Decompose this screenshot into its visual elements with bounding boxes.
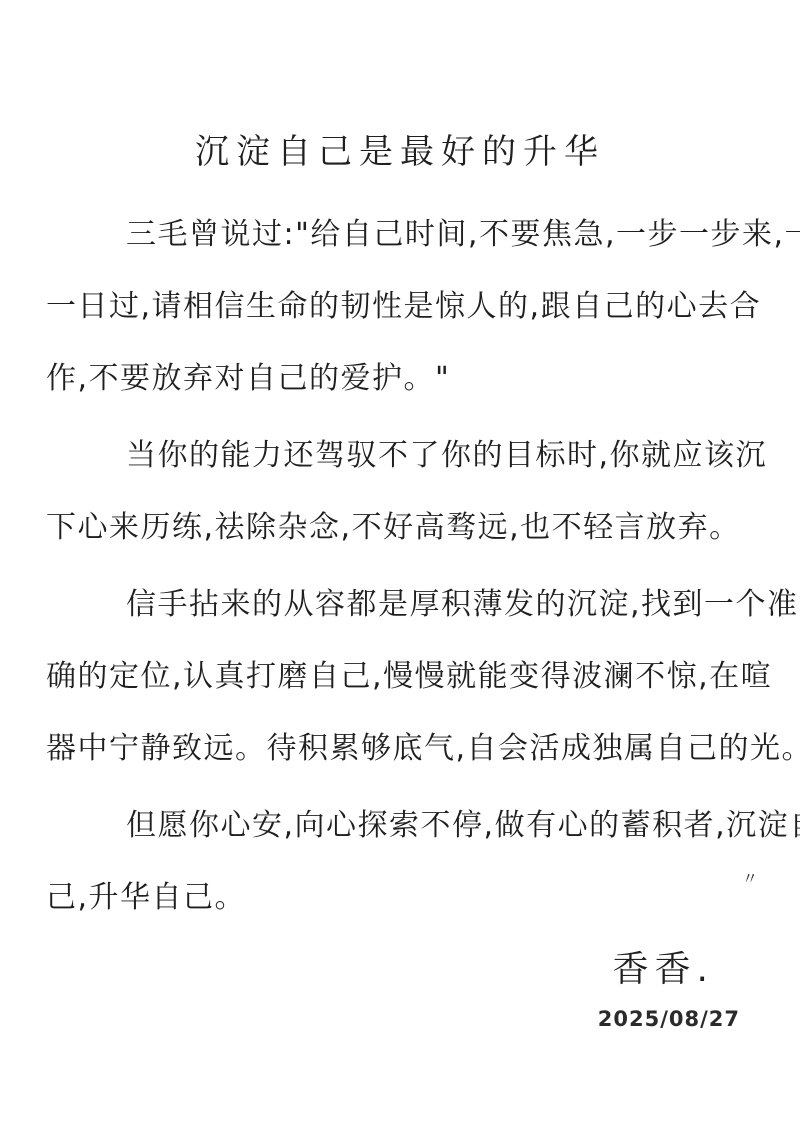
signature: 香香. xyxy=(0,948,800,992)
handwritten-note-page: 沉淀自己是最好的升华 三毛曾说过:"给自己时间,不要焦急,一步一步来,一日 一日… xyxy=(0,0,800,1132)
handwritten-line: 但愿你心安,向心探索不停,做有心的蓄积者,沉淀自 xyxy=(0,786,800,858)
handwritten-line: 下心来历练,祛除杂念,不好高骛远,也不轻言放弃。 xyxy=(0,488,800,560)
handwritten-line: 作,不要放弃对自己的爱护。" xyxy=(0,339,800,411)
note-body: 三毛曾说过:"给自己时间,不要焦急,一步一步来,一日 一日过,请相信生命的韧性是… xyxy=(0,195,800,930)
handwritten-line: 己,升华自己。 xyxy=(0,858,800,930)
handwritten-line: 当你的能力还驾驭不了你的目标时,你就应该沉 xyxy=(0,416,800,488)
stray-ink-mark: 〃 xyxy=(742,866,758,889)
handwritten-line: 器中宁静致远。待积累够底气,自会活成独属自己的光。 xyxy=(0,709,800,781)
handwritten-line: 三毛曾说过:"给自己时间,不要焦急,一步一步来,一日 xyxy=(0,195,800,267)
handwritten-line: 确的定位,认真打磨自己,慢慢就能变得波澜不惊,在喧 xyxy=(0,637,800,709)
note-title: 沉淀自己是最好的升华 xyxy=(0,130,800,174)
handwritten-line: 信手拈来的从容都是厚积薄发的沉淀,找到一个准 xyxy=(0,565,800,637)
date-stamp: 2025/08/27 xyxy=(0,1006,800,1032)
handwritten-line: 一日过,请相信生命的韧性是惊人的,跟自己的心去合 xyxy=(0,267,800,339)
